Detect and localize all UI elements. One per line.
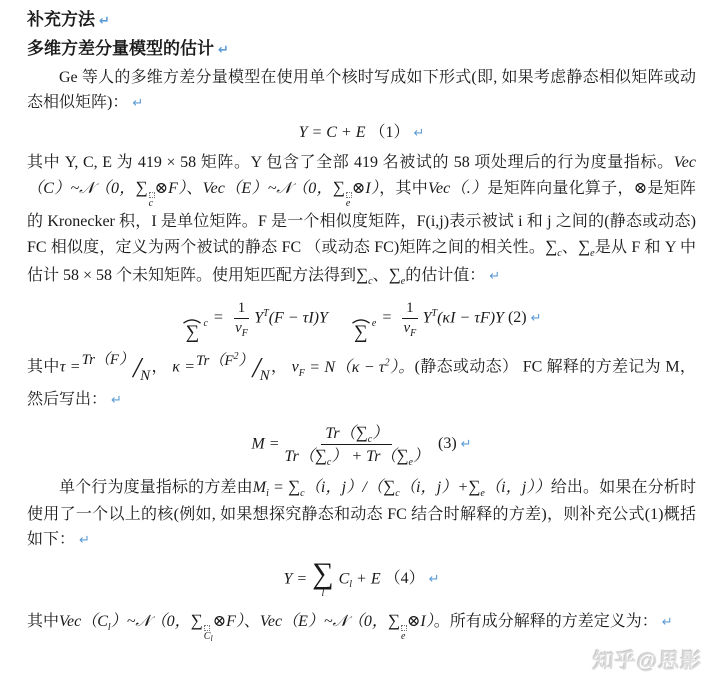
math-run: ⊗F） [155, 180, 187, 197]
sigma-sub-e: ∑e [468, 479, 485, 496]
v-subscript: F [242, 328, 248, 339]
sigma-glyph: ∑ [383, 477, 395, 496]
numerator: Tr（F2） [196, 352, 254, 369]
math-run: κ = [172, 359, 195, 376]
sigma-subscript: c [368, 276, 372, 287]
math-run: ）。 [390, 359, 415, 376]
text-run: 其中 Y, C, E 为 419 × 58 矩阵。Y 包含了全部 419 名被试… [27, 154, 674, 171]
M-symbol: M [253, 479, 266, 496]
v-subscript: F [410, 328, 416, 339]
sigma-hat-c: ∑ [181, 318, 203, 342]
sigma-subscript: c [327, 457, 331, 468]
text-run: 的估计值： [405, 267, 485, 284]
denominator: N [140, 369, 150, 384]
sigma-subscript: c [368, 434, 372, 445]
sigma-box-sub-e: ∑e [388, 613, 407, 630]
sigma-sub-c: ∑c [356, 267, 373, 284]
math-run: Tr（ [285, 448, 315, 465]
section-heading-row: 补充方法↵ [27, 8, 696, 34]
v-symbol: v [235, 320, 242, 336]
text-run: 、 [186, 180, 202, 197]
text-run: ， [151, 359, 172, 376]
denominator: N [260, 369, 270, 384]
sigma-subscript: e [590, 248, 594, 259]
watermark: 知乎@思影 [592, 645, 703, 675]
math-run: Tr（F [196, 353, 234, 369]
paragraph-mark-icon: ↵ [461, 437, 472, 452]
slanted-fraction-TrF2-N: Tr（F2）/N [196, 354, 270, 383]
text-run: 、 [244, 613, 260, 630]
equals-sign: = [269, 479, 288, 496]
math-run: Vec（C [59, 613, 108, 630]
math-run: ） [372, 425, 388, 442]
equation-number: (2) [508, 309, 527, 326]
paragraph-single-measure: 单个行为度量指标的方差由Mi = ∑c（i，j）/（∑c（i，j）+∑e（i，j… [27, 474, 696, 553]
v-symbol: v [292, 359, 299, 376]
math-run: = N（κ − τ2）。 [305, 359, 415, 376]
equation-lhs: M = [251, 435, 279, 452]
paragraph-mark-icon: ↵ [662, 615, 673, 630]
numerator: Tr（∑c） [321, 423, 392, 445]
paragraph-intro: Ge 等人的多维方差分量模型在使用单个核时写成如下形式(即, 如果考虑静态相似矩… [27, 65, 696, 116]
math-run: （i，j）） [485, 479, 551, 496]
denominator: Tr（∑c） + Tr（∑e） [285, 445, 429, 466]
equation-1: Y = C + E（1）↵ [27, 123, 696, 143]
text-run: 其中 [27, 359, 60, 376]
denominator: vF [235, 319, 248, 337]
math-run: ）~𝒩（0， [111, 613, 191, 630]
sigma-subscript: c [557, 248, 561, 259]
numerator: 1 [234, 300, 250, 319]
equation-2: ∑c=1vFYT(F − τI)Y∑e=1vFYT(κI − τF)Y(2)↵ [27, 300, 696, 342]
math-run: = N（κ − τ [305, 359, 385, 376]
equation-number: (3) [438, 435, 457, 452]
numerator: Tr（F） [82, 353, 135, 368]
paragraph-mark-icon: ↵ [79, 533, 90, 548]
sigma-subscript: e [409, 457, 413, 468]
sigma-glyph: ∑ [356, 423, 368, 442]
text-run: 单个行为度量指标的方差由 [59, 479, 253, 496]
math-run: ⊗I） [407, 613, 434, 630]
math-run: (κI − τF)Y [437, 309, 504, 326]
Y-symbol: Y [423, 309, 432, 326]
sigma-glyph: ∑ [468, 477, 480, 496]
text-run: 其中 [27, 613, 59, 630]
sigma-subscript: c [149, 199, 153, 209]
sigma-subscript: e [346, 199, 350, 209]
sigma-subscript: e [401, 276, 405, 287]
math-run: (F − τI)Y [269, 309, 328, 326]
fraction-1-over-vF: 1vF [234, 300, 250, 338]
text-run: 、 [373, 267, 389, 284]
numerator: 1 [402, 300, 418, 319]
text-run: 、 [562, 239, 578, 256]
math-run: Vec（.） [428, 180, 487, 197]
sigma-subscript: c [203, 318, 207, 329]
M-subscript: i [266, 488, 269, 499]
C-subscript: l [108, 622, 111, 633]
sigma-subscript: Cl [204, 632, 213, 642]
fraction-trace-ratio: Tr（∑c）Tr（∑c） + Tr（∑e） [285, 423, 429, 467]
math-run: τ = [60, 359, 81, 376]
sigma-box-sub-e: ∑e [333, 180, 352, 197]
sigma-sub-c: ∑c [545, 239, 562, 256]
sigma-box-sub-c: ∑c [136, 180, 155, 197]
sigma-subscript: c [300, 488, 304, 499]
sigma-hat-e: ∑ [350, 318, 372, 342]
sigma-sub-c: ∑c [288, 479, 305, 496]
text-run: ，其中 [379, 180, 428, 197]
equals-sign: = [381, 309, 392, 326]
math-run: Vec（E）~𝒩（0， [203, 180, 333, 197]
paragraph-model-description: 其中 Y, C, E 为 419 × 58 矩阵。Y 包含了全部 419 名被试… [27, 150, 696, 290]
Y-symbol: Y [254, 309, 263, 326]
sigma-glyph: ∑ [545, 237, 557, 256]
sigma-subscript: e [372, 318, 376, 329]
big-sigma-over-l: ∑l [312, 560, 333, 600]
v-subscript: F [299, 368, 305, 379]
paragraph-generalized-model: 其中Vec（Cl）~𝒩（0，∑Cl⊗F）、Vec（E）~𝒩（0，∑e⊗I）。所有… [27, 606, 696, 642]
sigma-glyph: ∑ [389, 265, 401, 284]
paragraph-tau-kappa: 其中τ =Tr（F）/N， κ =Tr（F2）/N， vF = N（κ − τ2… [27, 348, 696, 415]
math-run: ） + Tr（ [331, 448, 396, 465]
sigma-glyph: ∑ [191, 611, 203, 630]
sigma-glyph: ∑ [186, 323, 200, 342]
sigma-glyph: ∑ [578, 237, 590, 256]
sigma-glyph: ∑ [396, 446, 408, 465]
paragraph-mark-icon: ↵ [218, 43, 229, 58]
subsection-title: 多维方差分量模型的估计 [27, 39, 214, 58]
math-run: + E [356, 570, 381, 587]
section-title: 补充方法 [27, 10, 95, 29]
sigma-sub-e: ∑e [578, 239, 595, 256]
paragraph-mark-icon: ↵ [414, 126, 425, 141]
sigma-glyph: ∑ [136, 178, 148, 197]
paragraph-mark-icon: ↵ [111, 393, 122, 408]
text-run: ， [271, 359, 292, 376]
math-run: ⊗F） [213, 613, 244, 630]
math-run: ） [239, 353, 254, 369]
sigma-sub-c: ∑c [356, 425, 373, 442]
math-run: ⊗I） [352, 180, 379, 197]
subscript-inner: l [210, 634, 212, 643]
math-run: （i，j）+ [400, 479, 469, 496]
equation-number: （4） [385, 570, 425, 587]
sigma-sub-c: ∑c [315, 448, 332, 465]
paragraph-mark-icon: ↵ [531, 311, 542, 326]
fraction-1-over-vF: 1vF [402, 300, 418, 338]
sigma-glyph: ∑ [288, 477, 300, 496]
sigma-glyph: ∑ [315, 446, 327, 465]
paragraph-mark-icon: ↵ [99, 14, 110, 29]
C-symbol: C [339, 570, 350, 587]
math-run: Tr（ [325, 425, 355, 442]
equals-sign: = [213, 309, 224, 326]
sigma-scripts: Cl [204, 625, 213, 642]
sum-lower-limit: l [321, 589, 324, 599]
sigma-glyph: ∑ [333, 178, 345, 197]
document-page: 补充方法↵ 多维方差分量模型的估计↵ Ge 等人的多维方差分量模型在使用单个核时… [0, 0, 720, 683]
sigma-glyph: ∑ [312, 560, 333, 589]
denominator: vF [403, 319, 416, 337]
paragraph-mark-icon: ↵ [429, 572, 440, 587]
sigma-glyph: ∑ [354, 323, 368, 342]
text-run: Ge 等人的多维方差分量模型在使用单个核时写成如下形式(即, 如果考虑静态相似矩… [27, 69, 696, 111]
math-run: Vec（E）~𝒩（0， [260, 613, 388, 630]
sigma-subscript: e [401, 632, 405, 642]
math-run: ） [413, 448, 429, 465]
sigma-sub-e: ∑e [396, 448, 413, 465]
sigma-glyph: ∑ [356, 265, 368, 284]
equation-number: （1） [370, 124, 410, 141]
equation-4: Y =∑lCl + E（4）↵ [27, 560, 696, 600]
subsection-heading-row: 多维方差分量模型的估计↵ [27, 37, 696, 63]
sigma-subscript: c [395, 488, 399, 499]
C-subscript: l [349, 579, 352, 590]
sigma-sub-c: ∑c [383, 479, 400, 496]
sigma-subscript: e [480, 488, 484, 499]
sigma-glyph: ∑ [388, 611, 400, 630]
slanted-fraction-TrF-N: Tr（F）/N [82, 354, 151, 383]
sigma-sub-e: ∑e [389, 267, 406, 284]
sigma-box-sub-Cl: ∑Cl [191, 613, 213, 630]
math-run: （i，j）/（ [305, 479, 384, 496]
equation-body: Y = C + E [299, 124, 366, 141]
equation-3: M =Tr（∑c）Tr（∑c） + Tr（∑e）(3)↵ [27, 423, 696, 467]
text-run: 。所有成分解释的方差定义为： [434, 613, 658, 630]
paragraph-mark-icon: ↵ [132, 96, 143, 111]
equation-lhs: Y = [283, 570, 307, 587]
paragraph-mark-icon: ↵ [489, 269, 500, 284]
